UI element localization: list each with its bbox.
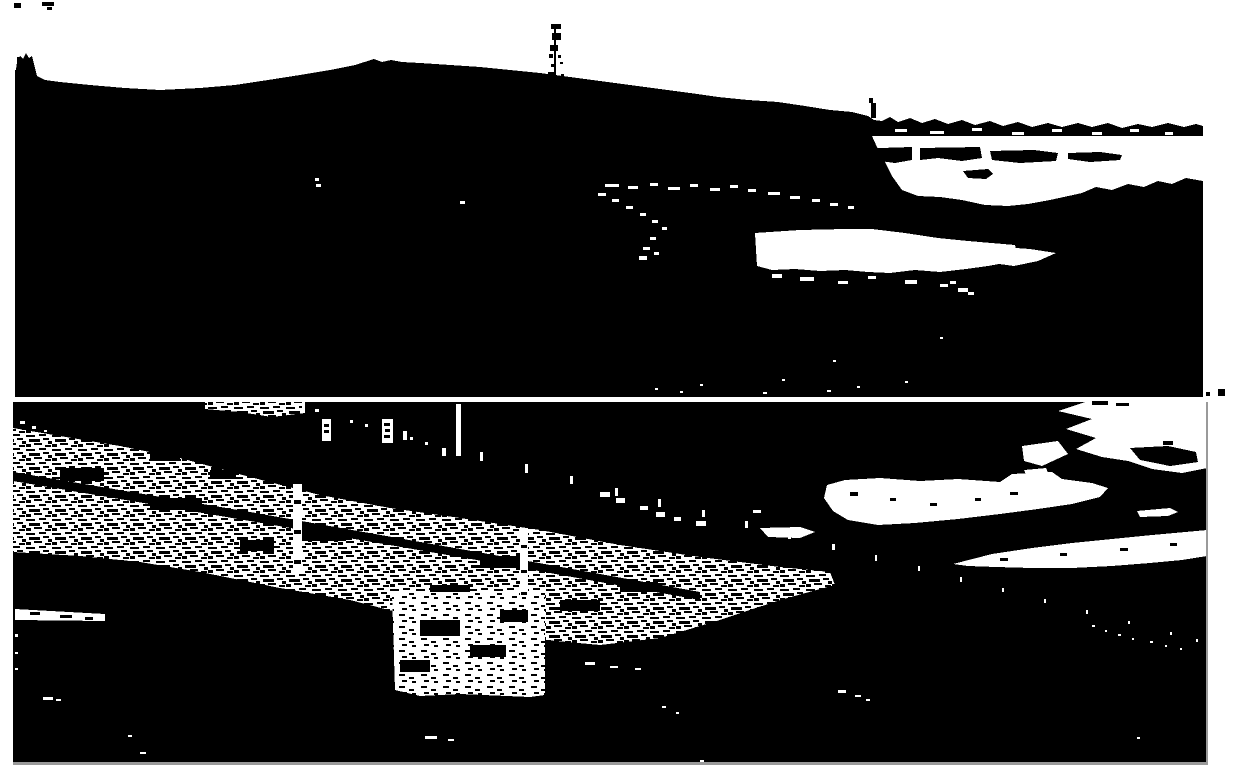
scene-canvas (0, 0, 1240, 773)
bottom-photo (13, 401, 1208, 765)
pier-structure (392, 592, 545, 697)
page (0, 0, 1240, 773)
